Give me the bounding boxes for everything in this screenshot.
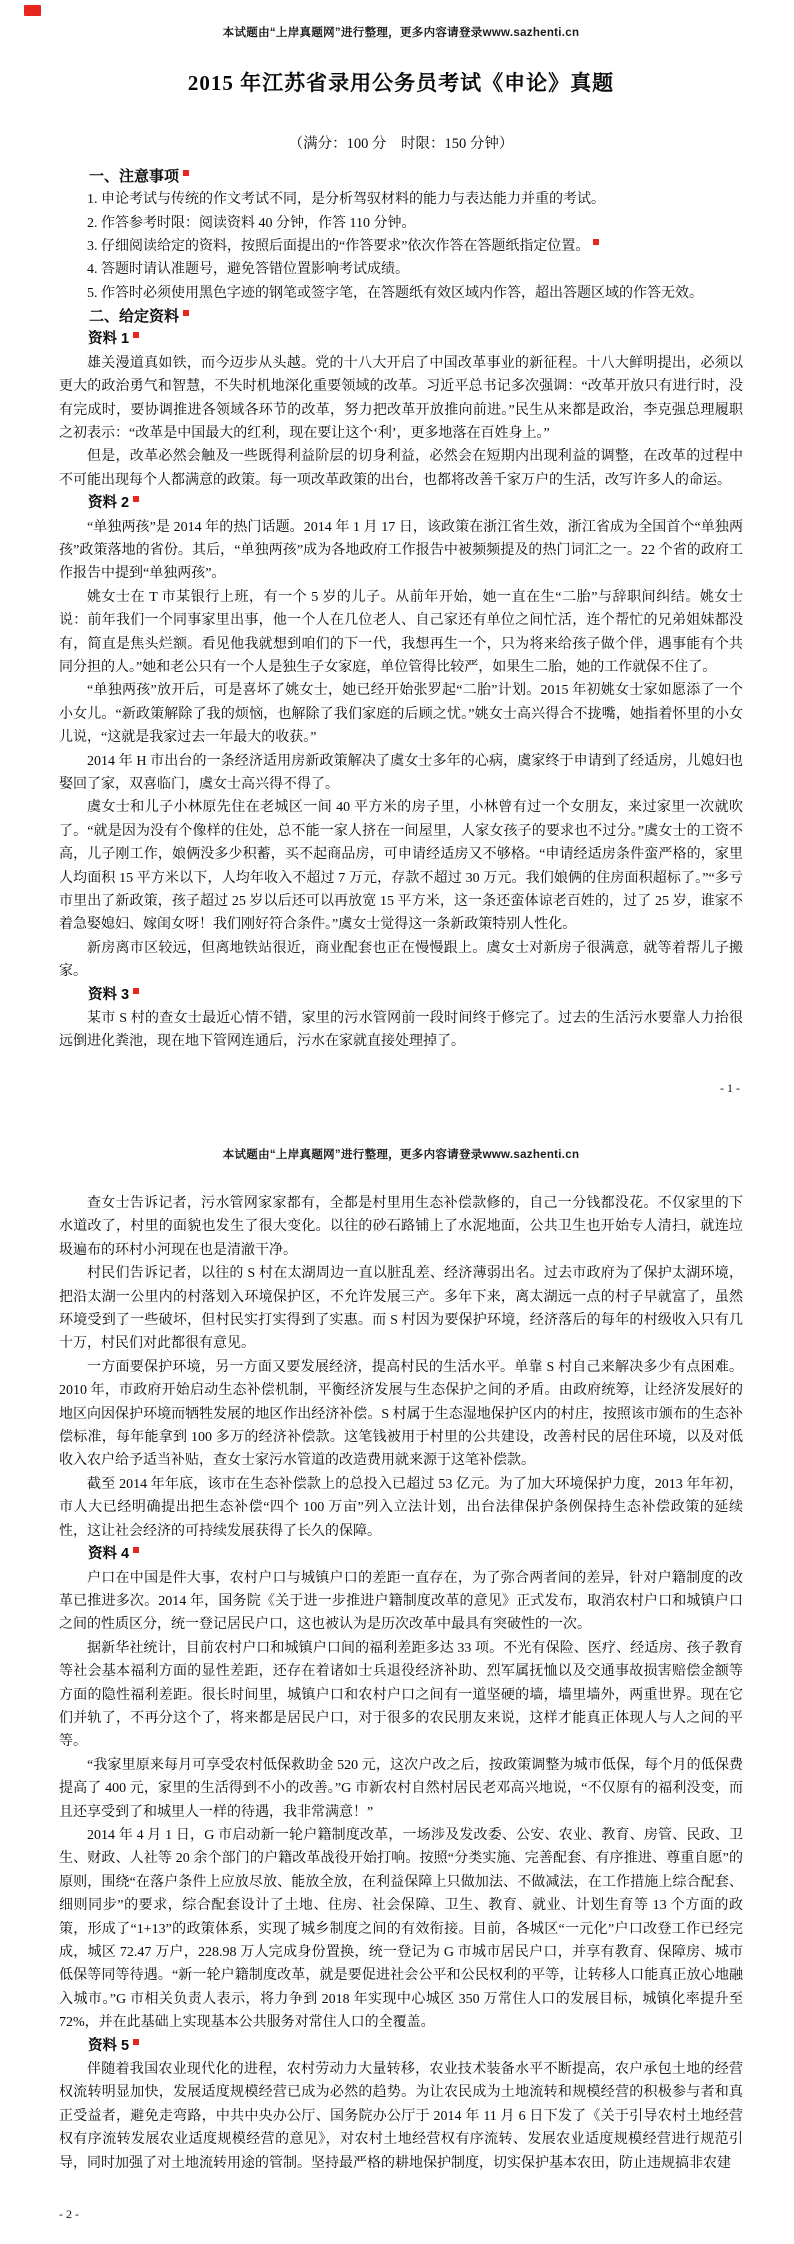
- paragraph: 村民们告诉记者，以往的 S 村在太湖周边一直以脏乱差、经济薄弱出名。过去市政府为…: [59, 1262, 743, 1356]
- notice-heading: 一、注意事项: [59, 165, 743, 188]
- paragraph: 2014 年 4 月 1 日，G 市启动新一轮户籍制度改革，一场涉及发改委、公安…: [59, 1824, 743, 2035]
- page-number-2: - 2 -: [59, 2207, 79, 2222]
- notice-heading-text: 一、注意事项: [89, 168, 179, 185]
- red-marker-icon: [133, 1547, 139, 1553]
- notice-item-3: 3. 仔细阅读给定的资料，按照后面提出的“作答要求”依次作答在答题纸指定位置。: [59, 235, 743, 258]
- material-3-heading: 资料 3: [59, 984, 743, 1007]
- material-1-heading: 资料 1: [59, 328, 743, 351]
- red-marker-icon: [133, 332, 139, 338]
- red-marker-icon: [133, 2039, 139, 2045]
- material-4-heading: 资料 4: [59, 1543, 743, 1566]
- paragraph: 姚女士在 T 市某银行上班，有一个 5 岁的儿子。从前年开始，她一直在生“二胎”…: [59, 586, 743, 680]
- materials-heading: 二、给定资料: [59, 305, 743, 328]
- paragraph: 2014 年 H 市出台的一条经济适用房新政策解决了虞女士多年的心病，虞家终于申…: [59, 750, 743, 797]
- site-logo-icon: [24, 5, 41, 16]
- score-time-line: （满分：100 分 时限：150 分钟）: [59, 132, 743, 153]
- red-marker-icon: [183, 310, 189, 316]
- paragraph: 雄关漫道真如铁，而今迈步从头越。党的十八大开启了中国改革事业的新征程。十八大鲜明…: [59, 352, 743, 446]
- notice-item-2: 2. 作答参考时限：阅读资料 40 分钟，作答 110 分钟。: [59, 212, 743, 235]
- paragraph: 新房离市区较远，但离地铁站很近，商业配套也正在慢慢跟上。虞女士对新房子很满意，就…: [59, 937, 743, 984]
- paragraph: 户口在中国是件大事，农村户口与城镇户口的差距一直存在，为了弥合两者间的差异，针对…: [59, 1567, 743, 1637]
- paragraph: 截至 2014 年年底，该市在生态补偿款上的总投入已超过 53 亿元。为了加大环…: [59, 1473, 743, 1543]
- red-marker-icon: [183, 170, 189, 176]
- red-marker-icon: [593, 239, 599, 245]
- material-5-heading-text: 资料 5: [88, 2038, 129, 2054]
- material-2-heading-text: 资料 2: [88, 495, 129, 511]
- page-header-note: 本试题由“上岸真题网”进行整理，更多内容请登录www.sazhenti.cn: [59, 0, 743, 40]
- paragraph: 虞女士和儿子小林原先住在老城区一间 40 平方米的房子里，小林曾有过一个女朋友，…: [59, 796, 743, 936]
- paragraph: “我家里原来每月可享受农村低保救助金 520 元，这次户改之后，按政策调整为城市…: [59, 1754, 743, 1824]
- paragraph: 某市 S 村的查女士最近心情不错，家里的污水管网前一段时间终于修完了。过去的生活…: [59, 1007, 743, 1054]
- notice-item-5: 5. 作答时必须使用黑色字迹的钢笔或签字笔，在答题纸有效区域内作答，超出答题区域…: [59, 282, 743, 305]
- notice-item-3-text: 3. 仔细阅读给定的资料，按照后面提出的“作答要求”依次作答在答题纸指定位置。: [87, 239, 589, 254]
- paragraph: 查女士告诉记者，污水管网家家都有，全都是村里用生态补偿款修的，自己一分钱都没花。…: [59, 1192, 743, 1262]
- page-2: 本试题由“上岸真题网”进行整理，更多内容请登录www.sazhenti.cn 查…: [0, 1122, 794, 2244]
- paragraph: “单独两孩”放开后，可是喜坏了姚女士，她已经开始张罗起“二胎”计划。2015 年…: [59, 679, 743, 749]
- page-1: 本试题由“上岸真题网”进行整理，更多内容请登录www.sazhenti.cn 2…: [0, 0, 794, 1122]
- material-5-heading: 资料 5: [59, 2035, 743, 2058]
- paragraph: “单独两孩”是 2014 年的热门话题。2014 年 1 月 17 日，该政策在…: [59, 516, 743, 586]
- red-marker-icon: [133, 988, 139, 994]
- paragraph: 伴随着我国农业现代化的进程，农村劳动力大量转移，农业技术装备水平不断提高，农户承…: [59, 2058, 743, 2175]
- notice-item-1: 1. 申论考试与传统的作文考试不同，是分析驾驭材料的能力与表达能力并重的考试。: [59, 188, 743, 211]
- paragraph: 一方面要保护环境，另一方面又要发展经济，提高村民的生活水平。单靠 S 村自己来解…: [59, 1356, 743, 1473]
- paragraph: 但是，改革必然会触及一些既得利益阶层的切身利益，必然会在短期内出现利益的调整，在…: [59, 445, 743, 492]
- red-marker-icon: [133, 496, 139, 502]
- doc-title: 2015 年江苏省录用公务员考试《申论》真题: [59, 67, 743, 97]
- material-4-heading-text: 资料 4: [88, 1546, 129, 1562]
- material-3-heading-text: 资料 3: [88, 987, 129, 1003]
- material-2-heading: 资料 2: [59, 492, 743, 515]
- materials-heading-text: 二、给定资料: [89, 308, 179, 325]
- notice-item-4: 4. 答题时请认准题号，避免答错位置影响考试成绩。: [59, 258, 743, 281]
- page-number-1: - 1 -: [720, 1081, 740, 1096]
- material-1-heading-text: 资料 1: [88, 331, 129, 347]
- paragraph: 据新华社统计，目前农村户口和城镇户口间的福利差距多达 33 项。不光有保险、医疗…: [59, 1637, 743, 1754]
- page-header-note: 本试题由“上岸真题网”进行整理，更多内容请登录www.sazhenti.cn: [59, 1122, 743, 1162]
